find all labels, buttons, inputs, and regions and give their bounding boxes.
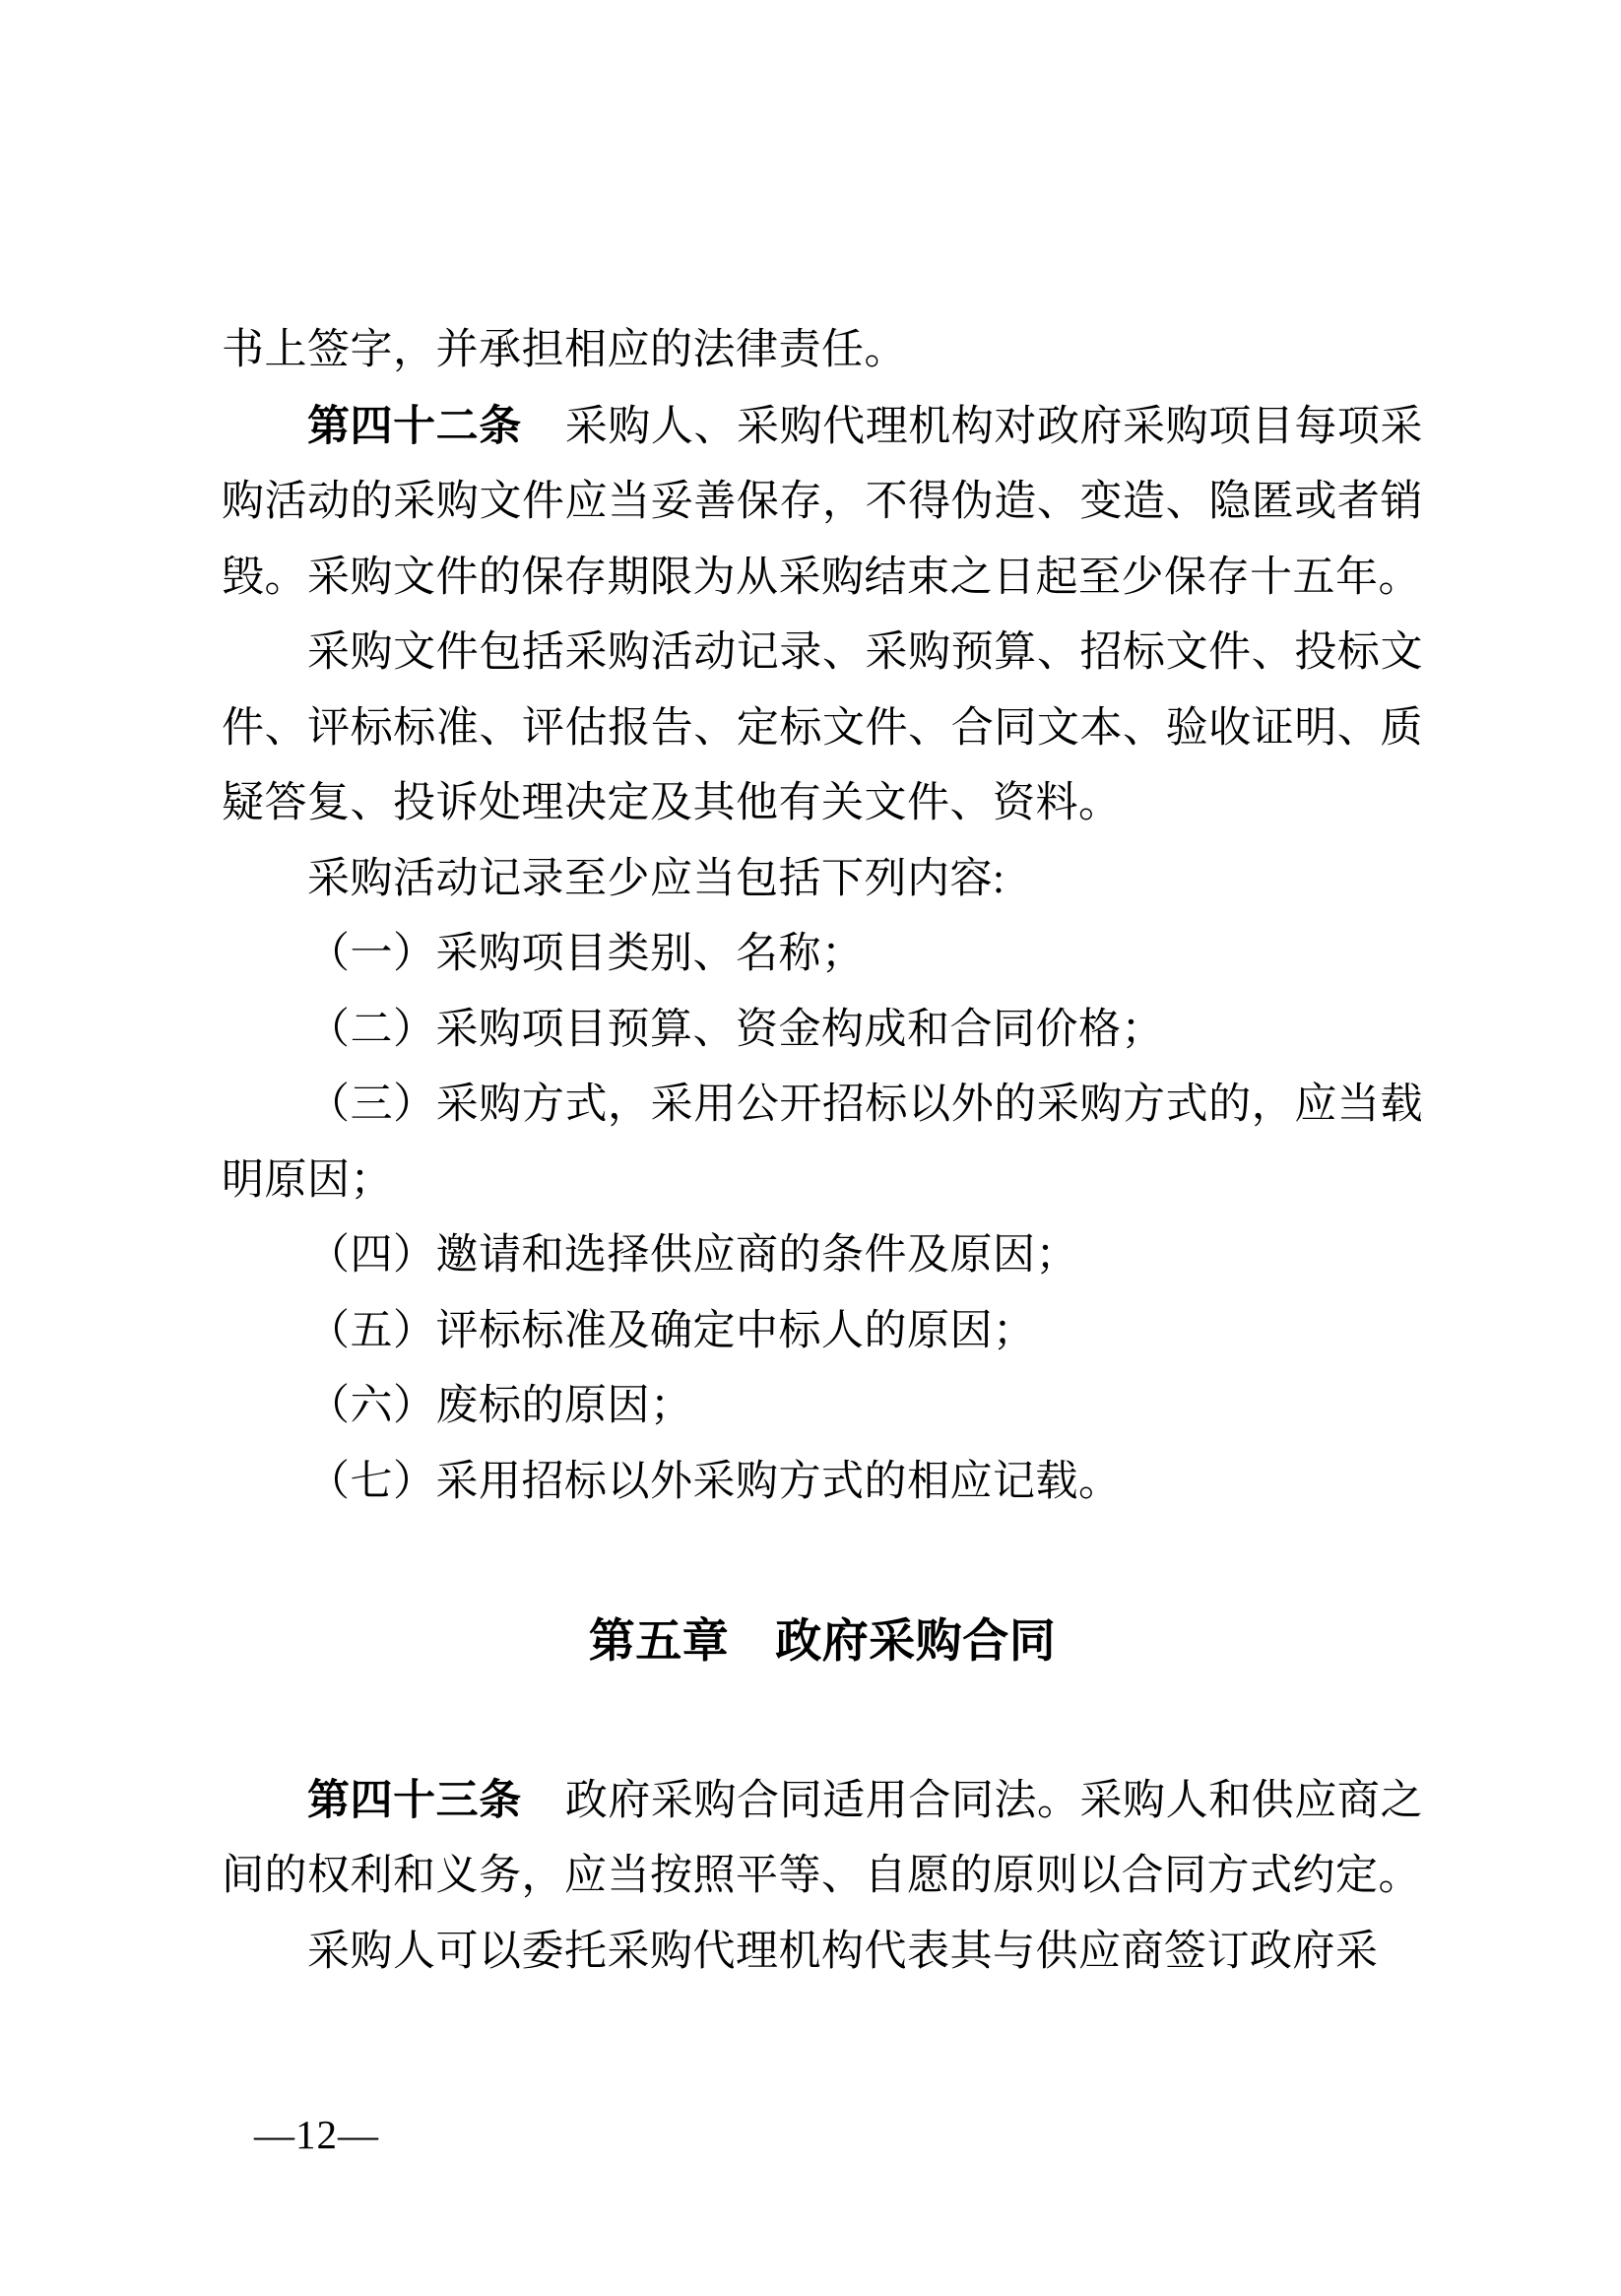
paragraph: 书上签字，并承担相应的法律责任。 bbox=[222, 313, 1423, 389]
article-number: 第四十二条 bbox=[307, 403, 522, 450]
paragraph: （二）采购项目预算、资金构成和合同价格； bbox=[222, 993, 1423, 1069]
paragraph: （六）废标的原因； bbox=[222, 1369, 1423, 1445]
chapter-title: 政府采购合同 bbox=[775, 1614, 1056, 1667]
paragraph: （五）评标标准及确定中标人的原因； bbox=[222, 1294, 1423, 1370]
document-page: 书上签字，并承担相应的法律责任。第四十二条采购人、采购代理机构对政府采购项目每项… bbox=[0, 0, 1621, 2296]
paragraph: （一）采购项目类别、名称； bbox=[222, 917, 1423, 993]
paragraph: （四）邀请和选择供应商的条件及原因； bbox=[222, 1218, 1423, 1294]
page-number: —12— bbox=[254, 2112, 379, 2158]
paragraph: 第四十二条采购人、采购代理机构对政府采购项目每项采购活动的采购文件应当妥善保存，… bbox=[222, 389, 1423, 617]
paragraph: 第四十三条政府采购合同适用合同法。采购人和供应商之间的权利和义务，应当按照平等、… bbox=[222, 1763, 1423, 1915]
paragraph: 采购文件包括采购活动记录、采购预算、招标文件、投标文件、评标标准、评估报告、定标… bbox=[222, 616, 1423, 842]
article-number: 第四十三条 bbox=[307, 1777, 522, 1824]
paragraph: （三）采购方式，采用公开招标以外的采购方式的，应当载明原因； bbox=[222, 1068, 1423, 1218]
paragraph: 采购人可以委托采购代理机构代表其与供应商签订政府采 bbox=[222, 1915, 1423, 1991]
paragraph: （七）采用招标以外采购方式的相应记载。 bbox=[222, 1445, 1423, 1521]
chapter-number: 第五章 bbox=[589, 1614, 730, 1667]
paragraph: 采购活动记录至少应当包括下列内容: bbox=[222, 842, 1423, 918]
document-body: 书上签字，并承担相应的法律责任。第四十二条采购人、采购代理机构对政府采购项目每项… bbox=[222, 313, 1423, 1990]
chapter-heading: 第五章政府采购合同 bbox=[222, 1604, 1423, 1679]
